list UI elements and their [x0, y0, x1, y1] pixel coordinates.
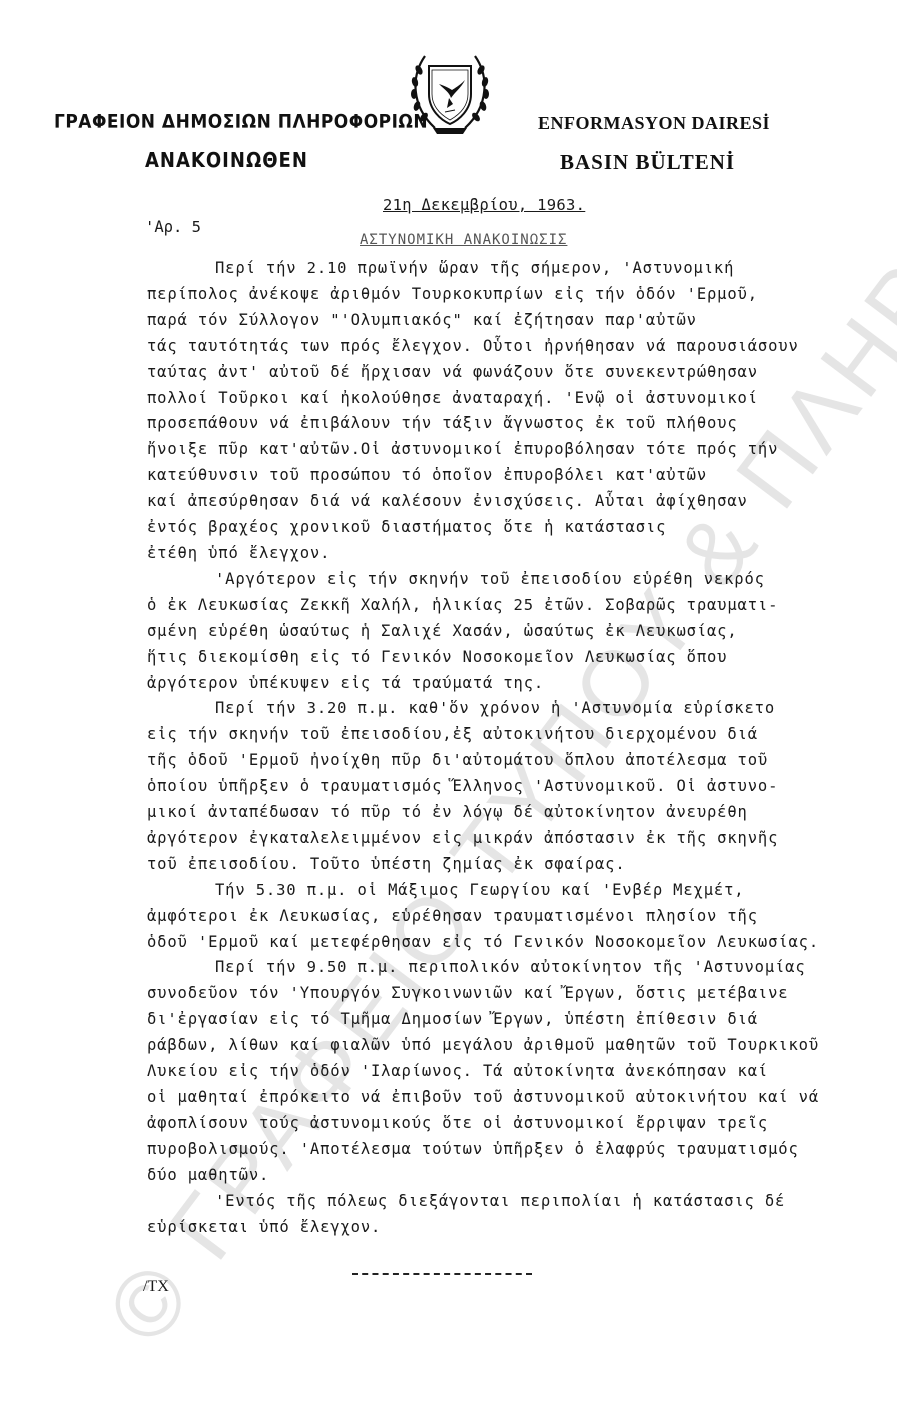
text-line: εἰς τήν σκηνήν τοῦ ἐπεισοδίου,ἐξ αὐτοκιν… [147, 722, 827, 748]
text-line: δι'ἐργασίαν εἰς τό Τμῆμα Δημοσίων Ἔργων,… [147, 1007, 827, 1033]
text-line: ἀργότερον ἐγκαταλελειμμένον εἰς μικράν ἀ… [147, 826, 827, 852]
text-line: Περί τήν 2.10 πρωϊνήν ὥραν τῆς σήμερον, … [147, 256, 827, 282]
text-line: οἱ μαθηταί ἐπρόκειτο νά ἐπιβοῦν τοῦ ἀστυ… [147, 1085, 827, 1111]
paragraph: Περί τήν 2.10 πρωϊνήν ὥραν τῆς σήμερον, … [147, 256, 827, 567]
document-body: Περί τήν 2.10 πρωϊνήν ὥραν τῆς σήμερον, … [147, 256, 827, 1240]
text-line: μικοί ἀνταπέδωσαν τό πῦρ τό ἐν λόγῳ δέ α… [147, 800, 827, 826]
document-heading: ΑΣΤΥΝΟΜΙΚΗ ΑΝΑΚΟΙΝΩΣΙΣ [360, 232, 567, 248]
text-line: δύο μαθητῶν. [147, 1163, 827, 1189]
text-line: ἐτέθη ὑπό ἔλεγχον. [147, 541, 827, 567]
greek-document-title: ΑΝΑΚΟΙΝΩΘΕΝ [145, 148, 308, 172]
text-line: ἀφοπλίσουν τούς ἀστυνομικούς ὅτε οἱ ἀστυ… [147, 1111, 827, 1137]
text-line: τοῦ ἐπεισοδίου. Τοῦτο ὑπέστη ζημίας ἐκ σ… [147, 852, 827, 878]
text-line: ἥτις διεκομίσθη εἰς τό Γενικόν Νοσοκομεῖ… [147, 645, 827, 671]
text-line: ὁ ἐκ Λευκωσίας Ζεκκῆ Χαλήλ, ἡλικίας 25 ἐ… [147, 593, 827, 619]
text-line: 'Αργότερον εἰς τήν σκηνήν τοῦ ἐπεισοδίου… [147, 567, 827, 593]
text-line: πυροβολισμούς. 'Αποτέλεσμα τούτων ὑπῆρξε… [147, 1137, 827, 1163]
text-line: ἐντός βραχέος χρονικοῦ διαστήματος ὅτε ἡ… [147, 515, 827, 541]
paragraph: 'Εντός τῆς πόλεως διεξάγονται περιπολίαι… [147, 1189, 827, 1241]
text-line: ὁποίου ὑπῆρξεν ὁ τραυματισμός Ἕλληνος 'Α… [147, 774, 827, 800]
text-line: ἀργότερον ὑπέκυψεν εἰς τά τραύματά της. [147, 671, 827, 697]
text-line: συνοδεῦον τόν 'Υπουργόν Συγκοινωνιῶν καί… [147, 981, 827, 1007]
text-line: 'Εντός τῆς πόλεως διεξάγονται περιπολίαι… [147, 1189, 827, 1215]
text-line: προσεπάθουν νά ἐπιβάλουν τήν τάξιν ἄγνωσ… [147, 411, 827, 437]
paragraph: 'Αργότερον εἰς τήν σκηνήν τοῦ ἐπεισοδίου… [147, 567, 827, 697]
document-date: 21η Δεκεμβρίου, 1963. [383, 196, 585, 214]
text-line: σμένη εὑρέθη ὡσαύτως ἡ Σαλιχέ Χασάν, ὡσα… [147, 619, 827, 645]
text-line: τάς ταυτότητάς των πρός ἔλεγχον. Οὗτοι ἠ… [147, 334, 827, 360]
turkish-office-name: ENFORMASYON DAIRESİ [538, 113, 770, 134]
text-line: πολλοί Τοῦρκοι καί ἠκολούθησε ἀναταραχή.… [147, 386, 827, 412]
closing-rule [352, 1273, 532, 1275]
typist-initials: /ΤΧ [143, 1278, 169, 1296]
text-line: εὑρίσκεται ὑπό ἔλεγχον. [147, 1215, 827, 1241]
text-line: Τήν 5.30 π.μ. οἱ Μάξιμος Γεωργίου καί 'Ε… [147, 878, 827, 904]
cyprus-coat-of-arms-icon [405, 48, 495, 138]
greek-office-name: ΓΡΑΦΕΙΟΝ ΔΗΜΟΣΙΩΝ ΠΛΗΡΟΦΟΡΙΩΝ [54, 111, 428, 133]
reference-number: 'Αρ. 5 [145, 218, 201, 236]
text-line: ἀμφότεροι ἐκ Λευκωσίας, εὑρέθησαν τραυμα… [147, 904, 827, 930]
text-line: κατεύθυνσιν τοῦ προσώπου τό ὁποῖον ἐπυρο… [147, 463, 827, 489]
paragraph: Περί τήν 3.20 π.μ. καθ'ὅν χρόνον ἡ 'Αστυ… [147, 696, 827, 877]
text-line: περίπολος ἀνέκοψε ἀριθμόν Τουρκοκυπρίων … [147, 282, 827, 308]
press-release-page: © ΓΡΑΦΕΙΟ ΤΥΠΟΥ & ΠΛΗΡΟΦΟΡΙΩΝ - PIO ΓΡΑΦ… [0, 0, 897, 1417]
text-line: καί ἀπεσύρθησαν διά νά καλέσουν ἐνισχύσε… [147, 489, 827, 515]
paragraph: Τήν 5.30 π.μ. οἱ Μάξιμος Γεωργίου καί 'Ε… [147, 878, 827, 956]
text-line: ράβδων, λίθων καί φιαλῶν ὑπό μεγάλου ἀρι… [147, 1033, 827, 1059]
turkish-document-title: BASIN BÜLTENİ [560, 150, 735, 175]
text-line: Λυκείου εἰς τήν ὁδόν 'Ιλαρίωνος. Τά αὐτο… [147, 1059, 827, 1085]
text-line: Περί τήν 9.50 π.μ. περιπολικόν αὐτοκίνητ… [147, 955, 827, 981]
paragraph: Περί τήν 9.50 π.μ. περιπολικόν αὐτοκίνητ… [147, 955, 827, 1188]
text-line: Περί τήν 3.20 π.μ. καθ'ὅν χρόνον ἡ 'Αστυ… [147, 696, 827, 722]
text-line: ὁδοῦ 'Ερμοῦ καί μετεφέρθησαν εἰς τό Γενι… [147, 930, 827, 956]
text-line: τῆς ὁδοῦ 'Ερμοῦ ἠνοίχθη πῦρ δι'αὐτομάτου… [147, 748, 827, 774]
text-line: ἤνοιξε πῦρ κατ'αὐτῶν.Οἱ ἀστυνομικοί ἐπυρ… [147, 437, 827, 463]
text-line: ταύτας ἀντ' αὐτοῦ δέ ἤρχισαν νά φωνάζουν… [147, 360, 827, 386]
text-line: παρά τόν Σύλλογον "'Ολυμπιακός" καί ἐζήτ… [147, 308, 827, 334]
